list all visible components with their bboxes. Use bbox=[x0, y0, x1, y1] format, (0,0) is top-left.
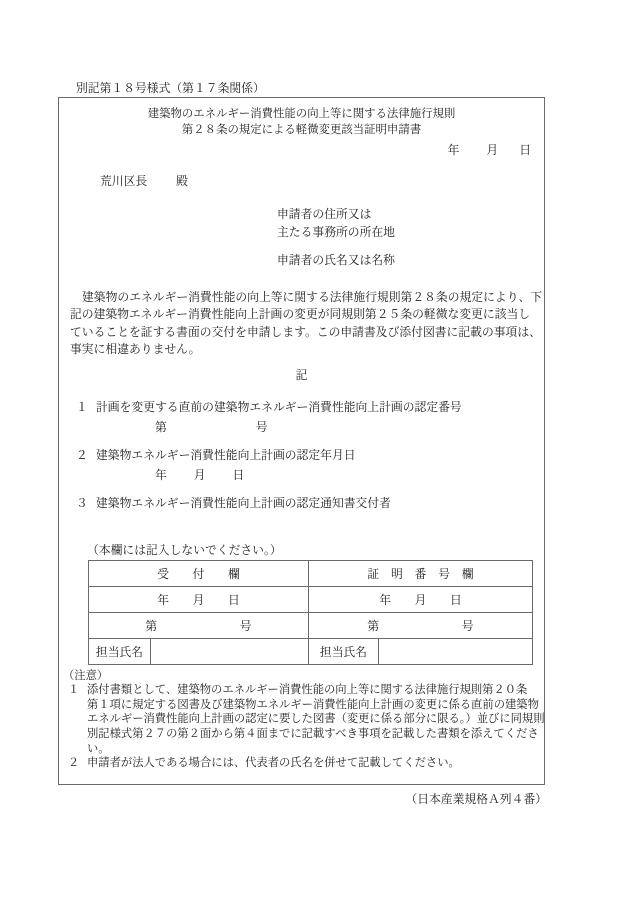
note-item-2: ２ 申請者が法人である場合には、代表者の氏名を併せて記載してください。 bbox=[68, 756, 544, 771]
form-id-label: 別記第１８号様式（第１７条関係） bbox=[76, 79, 265, 96]
applicant-address-label-line2: 主たる事務所の所在地 bbox=[277, 223, 544, 241]
applicant-name-label: 申請者の氏名又は名称 bbox=[277, 251, 544, 269]
certification-number-suffix: 号 bbox=[256, 420, 268, 435]
item-3-text: 建築物エネルギー消費性能向上計画の認定通知書交付者 bbox=[96, 496, 391, 511]
reception-staff-blank-cell bbox=[151, 639, 309, 665]
body-line-1: 建築物のエネルギー消費性能の向上等に関する法律施行規則第２８条の規定により、下 bbox=[70, 289, 544, 306]
reception-staff-label: 担当氏名 bbox=[89, 639, 151, 665]
page: 別記第１８号様式（第１７条関係） 建築物のエネルギー消費性能の向上等に関する法律… bbox=[0, 0, 630, 903]
certification-number-prefix: 第 bbox=[155, 420, 167, 434]
paper-size-note: （日本産業規格Ａ列４番） bbox=[405, 790, 547, 807]
body-line-2: 記の建築物エネルギー消費性能向上計画の変更が同規則第２５条の軽微な変更に該当し bbox=[70, 306, 544, 323]
note-1-line-1: 添付書類として、建築物のエネルギー消費性能の向上等に関する法律施行規則第２０条 bbox=[87, 683, 545, 698]
note-2-line-1: 申請者が法人である場合には、代表者の氏名を併せて記載してください。 bbox=[87, 756, 460, 771]
note-item-1: １ 添付書類として、建築物のエネルギー消費性能の向上等に関する法律施行規則第２０… bbox=[68, 683, 544, 756]
applicant-address-label-line1: 申請者の住所又は bbox=[277, 205, 544, 223]
item-2: ２ 建築物エネルギー消費性能向上計画の認定年月日 bbox=[76, 448, 544, 463]
note-1-text: 添付書類として、建築物のエネルギー消費性能の向上等に関する法律施行規則第２０条 … bbox=[87, 683, 545, 756]
certificate-staff-blank-cell bbox=[379, 639, 533, 665]
certification-day-label: 日 bbox=[233, 468, 245, 483]
form-title-line2: 第２８条の規定による軽微変更該当証明申請書 bbox=[59, 122, 544, 138]
office-use-note: （本欄には記入しないでください。） bbox=[87, 543, 544, 557]
certificate-number-column-header: 証 明 番 号 欄 bbox=[309, 561, 533, 587]
reception-date-cell: 年 月 日 bbox=[89, 587, 309, 613]
date-year-label: 年 bbox=[448, 143, 460, 157]
note-2-number: ２ bbox=[68, 756, 87, 771]
body-line-4: 事実に相違ありません。 bbox=[70, 341, 544, 358]
certification-year-label: 年 bbox=[155, 468, 167, 482]
ki-heading: 記 bbox=[59, 367, 544, 383]
note-1-line-5: い。 bbox=[87, 742, 545, 757]
date-day-label: 日 bbox=[519, 143, 531, 157]
recipient-name: 荒川区長 bbox=[100, 174, 147, 188]
item-1-certification-number-line: 第 号 bbox=[155, 420, 544, 435]
form-title-line1: 建築物のエネルギー消費性能の向上等に関する法律施行規則 bbox=[59, 106, 544, 122]
note-1-line-4: 別記様式第２７の第２面から第４面までに記載すべき事項を記載した書類を添えてくださ bbox=[87, 727, 545, 742]
certificate-staff-label: 担当氏名 bbox=[309, 639, 379, 665]
reception-number-cell: 第 号 bbox=[89, 613, 309, 639]
certification-month-label: 月 bbox=[194, 468, 206, 483]
note-1-number: １ bbox=[68, 683, 87, 756]
application-form-border: 建築物のエネルギー消費性能の向上等に関する法律施行規則 第２８条の規定による軽微… bbox=[58, 97, 545, 785]
item-1-text: 計画を変更する直前の建築物エネルギー消費性能向上計画の認定番号 bbox=[96, 400, 462, 415]
date-line: 年 月 日 bbox=[59, 143, 544, 158]
date-month-label: 月 bbox=[486, 143, 498, 157]
notes-heading: （注意） bbox=[63, 669, 544, 683]
note-1-line-2: 第１項に規定する図書及び建築物エネルギー消費性能向上計画の変更に係る直前の建築物 bbox=[87, 698, 545, 713]
table-staff-row: 担当氏名 担当氏名 bbox=[89, 639, 533, 665]
body-paragraph: 建築物のエネルギー消費性能の向上等に関する法律施行規則第２８条の規定により、下 … bbox=[70, 289, 544, 358]
table-date-row: 年 月 日 年 月 日 bbox=[89, 587, 533, 613]
note-2-text: 申請者が法人である場合には、代表者の氏名を併せて記載してください。 bbox=[87, 756, 460, 771]
applicant-labels: 申請者の住所又は 主たる事務所の所在地 申請者の氏名又は名称 bbox=[277, 205, 544, 269]
note-1-line-3: エネルギー消費性能向上計画の認定に要した図書（変更に係る部分に限る。）並びに同規… bbox=[87, 712, 545, 727]
table-number-row: 第 号 第 号 bbox=[89, 613, 533, 639]
item-1-number: １ bbox=[76, 400, 96, 415]
item-2-text: 建築物エネルギー消費性能向上計画の認定年月日 bbox=[96, 448, 356, 463]
item-3: ３ 建築物エネルギー消費性能向上計画の認定通知書交付者 bbox=[76, 496, 544, 511]
recipient-honorific: 殿 bbox=[176, 174, 188, 188]
office-use-table: 受 付 欄 証 明 番 号 欄 年 月 日 年 月 日 第 号 第 号 担当氏名… bbox=[88, 560, 533, 665]
body-line-3: ていることを証する書面の交付を申請します。この申請書及び添付図書に記載の事項は、 bbox=[70, 324, 544, 341]
item-3-number: ３ bbox=[76, 496, 96, 511]
item-2-certification-date-line: 年 月 日 bbox=[155, 468, 544, 483]
reception-column-header: 受 付 欄 bbox=[89, 561, 309, 587]
certificate-date-cell: 年 月 日 bbox=[309, 587, 533, 613]
certificate-number-cell: 第 号 bbox=[309, 613, 533, 639]
recipient-line: 荒川区長 殿 bbox=[100, 173, 544, 189]
item-2-number: ２ bbox=[76, 448, 96, 463]
item-1: １ 計画を変更する直前の建築物エネルギー消費性能向上計画の認定番号 bbox=[76, 400, 544, 415]
table-header-row: 受 付 欄 証 明 番 号 欄 bbox=[89, 561, 533, 587]
